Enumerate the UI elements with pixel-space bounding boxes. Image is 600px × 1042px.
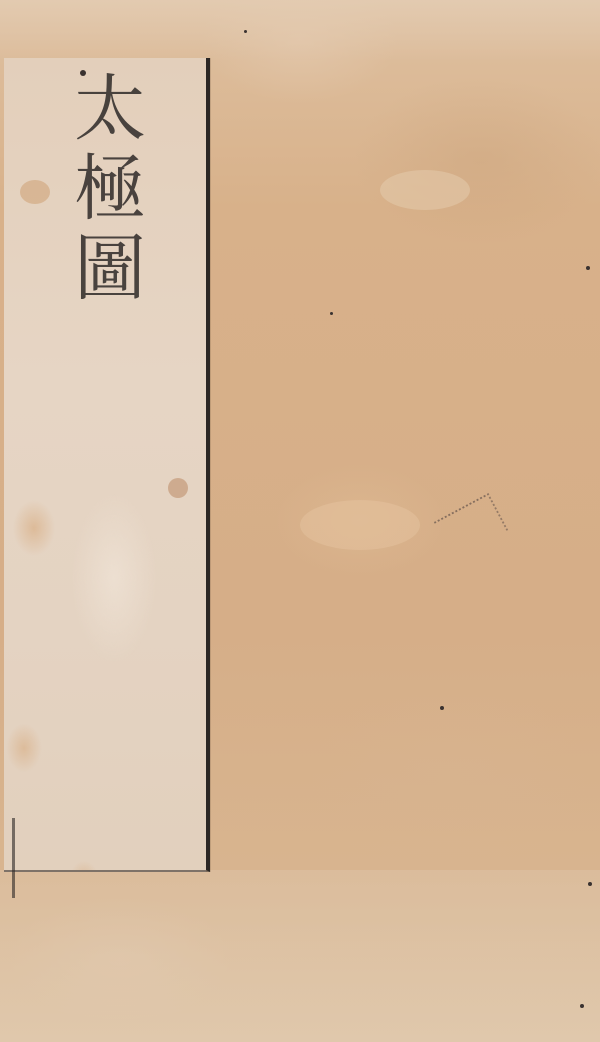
speck <box>440 706 444 710</box>
speck <box>586 266 590 270</box>
stain <box>168 478 188 498</box>
ink-doodle <box>434 493 508 559</box>
stain <box>380 170 470 210</box>
book-cover: 太極圖 <box>0 0 600 1042</box>
slip-border-fragment <box>12 818 15 898</box>
stain <box>20 180 50 204</box>
speck <box>580 1004 584 1008</box>
speck <box>588 882 592 886</box>
stain <box>300 500 420 550</box>
speck <box>244 30 247 33</box>
speck <box>330 312 333 315</box>
top-paper-edge <box>0 0 600 60</box>
speck <box>80 70 86 76</box>
book-title: 太極圖 <box>54 70 154 310</box>
bottom-paper-edge <box>0 870 600 1042</box>
